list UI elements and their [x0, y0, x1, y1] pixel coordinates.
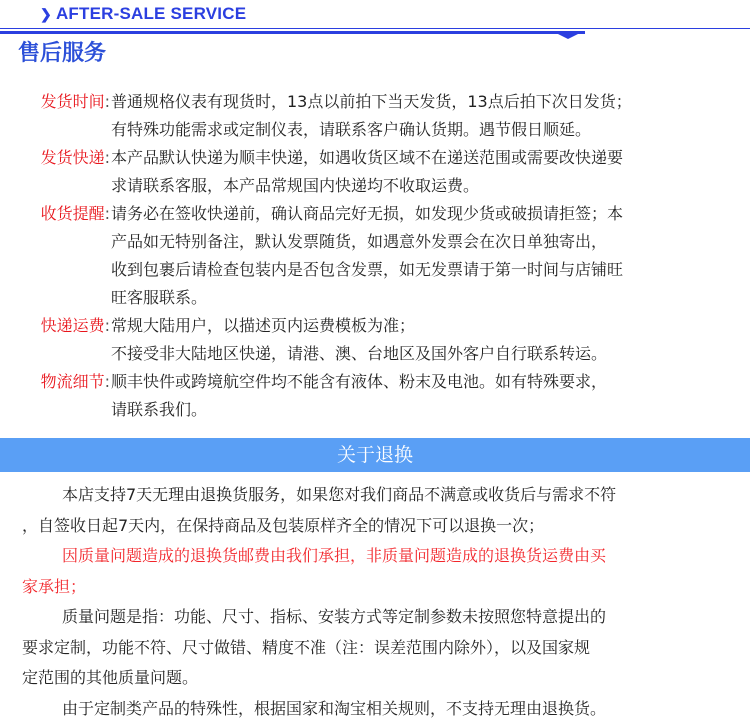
returns-section-banner: 关于退换 — [0, 438, 750, 472]
rule-text: 普通规格仪表有现货时，13点以前拍下当天发货，13点后拍下次日发货； — [111, 88, 750, 116]
rule-text: 常规大陆用户，以描述页内运费模板为准； — [111, 312, 750, 340]
header-divider-thick — [0, 31, 585, 34]
returns-paragraph: ，自签收日起7天内，在保持商品及包装原样齐全的情况下可以退换一次； — [0, 511, 750, 542]
returns-paragraph: 定范围的其他质量问题。 — [0, 663, 750, 694]
chevron-right-icon: ❯ — [40, 6, 52, 22]
rule-receipt-reminder: 收货提醒: 请务必在签收快递前，确认商品完好无损，如发现少货或破损请拒签；本 产… — [0, 200, 750, 312]
rule-text: 请联系我们。 — [111, 396, 750, 424]
rule-text: 不接受非大陆地区快递，请港、澳、台地区及国外客户自行联系转运。 — [111, 340, 750, 368]
rule-text: 顺丰快件或跨境航空件均不能含有液体、粉末及电池。如有特殊要求， — [111, 368, 750, 396]
english-title-text: AFTER-SALE SERVICE — [56, 4, 246, 23]
returns-policy-text: 本店支持7天无理由退换货服务，如果您对我们商品不满意或收货后与需求不符 ，自签收… — [0, 480, 750, 724]
rule-text: 有特殊功能需求或定制仪表，请联系客户确认货期。遇节假日顺延。 — [111, 116, 750, 144]
rule-text: 本产品默认快递为顺丰快递，如遇收货区域不在递送范围或需要改快递要 — [111, 144, 750, 172]
returns-paragraph: 要求定制，功能不符、尺寸做错、精度不准（注：误差范围内除外），以及国家规 — [0, 633, 750, 664]
english-section-title: ❯AFTER-SALE SERVICE — [40, 4, 246, 24]
returns-paragraph: 质量问题是指：功能、尺寸、指标、安装方式等定制参数未按照您特意提出的 — [0, 602, 750, 633]
rule-label: 发货时间: — [0, 88, 110, 144]
rule-logistics-details: 物流细节: 顺丰快件或跨境航空件均不能含有液体、粉末及电池。如有特殊要求， 请联… — [0, 368, 750, 424]
page-title: 售后服务 — [18, 36, 106, 67]
returns-paragraph: 由于定制类产品的特殊性，根据国家和淘宝相关规则，不支持无理由退换货。 — [0, 694, 750, 725]
rule-label: 物流细节: — [0, 368, 110, 424]
returns-fee-notice: 因质量问题造成的退换货邮费由我们承担，非质量问题造成的退换货运费由买 — [0, 541, 750, 572]
rule-label: 收货提醒: — [0, 200, 110, 312]
returns-fee-notice: 家承担； — [0, 572, 750, 603]
rule-text: 收到包裹后请检查包装内是否包含发票，如无发票请于第一时间与店铺旺 — [111, 256, 750, 284]
rule-label: 发货快递: — [0, 144, 110, 200]
shipping-rules-list: 发货时间: 普通规格仪表有现货时，13点以前拍下当天发货，13点后拍下次日发货；… — [0, 88, 750, 424]
header-divider-thin — [0, 28, 750, 29]
rule-text: 产品如无特别备注，默认发票随货，如遇意外发票会在次日单独寄出， — [111, 228, 750, 256]
rule-text: 旺客服联系。 — [111, 284, 750, 312]
rule-text: 求请联系客服，本产品常规国内快递均不收取运费。 — [111, 172, 750, 200]
section-header: ❯AFTER-SALE SERVICE 售后服务 — [0, 0, 750, 80]
rule-shipping-fee: 快递运费: 常规大陆用户，以描述页内运费模板为准； 不接受非大陆地区快递，请港、… — [0, 312, 750, 368]
triangle-pointer-icon — [556, 33, 580, 39]
rule-shipping-time: 发货时间: 普通规格仪表有现货时，13点以前拍下当天发货，13点后拍下次日发货；… — [0, 88, 750, 144]
rule-shipping-courier: 发货快递: 本产品默认快递为顺丰快递，如遇收货区域不在递送范围或需要改快递要 求… — [0, 144, 750, 200]
rule-text: 请务必在签收快递前，确认商品完好无损，如发现少货或破损请拒签；本 — [111, 200, 750, 228]
returns-paragraph: 本店支持7天无理由退换货服务，如果您对我们商品不满意或收货后与需求不符 — [0, 480, 750, 511]
rule-label: 快递运费: — [0, 312, 110, 368]
